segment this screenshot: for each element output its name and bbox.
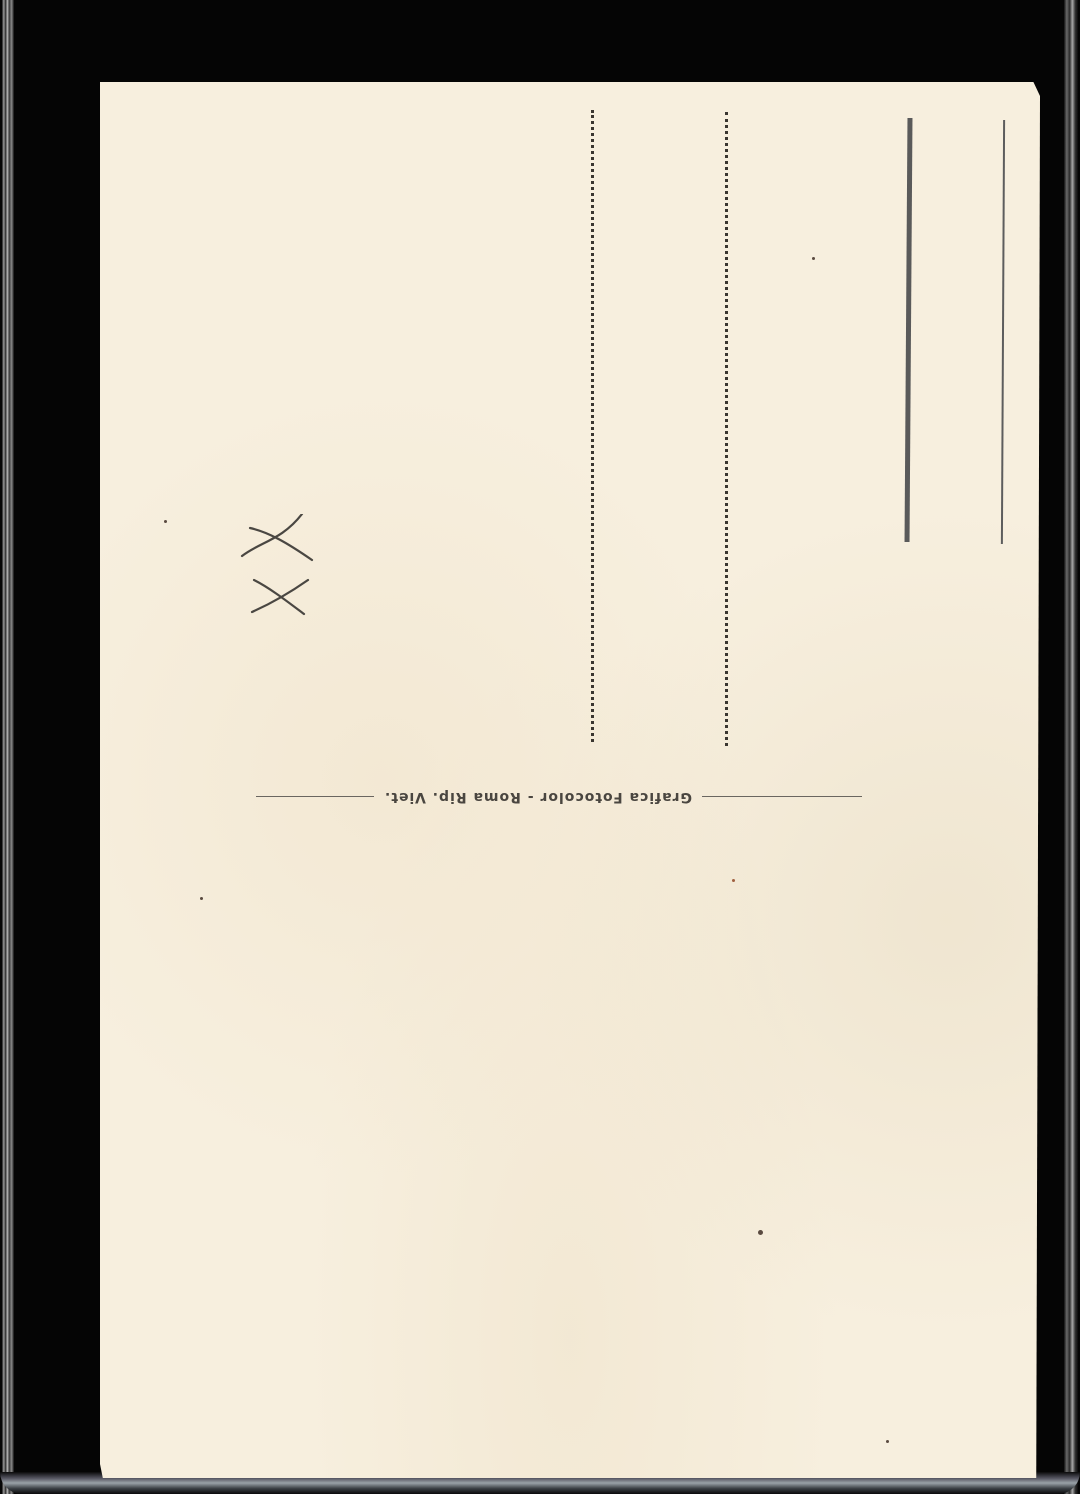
holder-edge-right (1064, 0, 1078, 1494)
imprint-rule-left (702, 797, 862, 798)
speck (812, 257, 815, 260)
printer-imprint: Grafica Fotocolor - Roma Rip. Viet. (148, 782, 862, 812)
imprint-rule-right (256, 797, 374, 798)
address-dotted-line-2 (725, 112, 728, 746)
address-dotted-line-1 (591, 110, 594, 742)
speck (164, 520, 167, 523)
handwritten-xx-marks (240, 514, 320, 624)
stamp-box-line-thick (905, 118, 913, 542)
speck (200, 897, 203, 900)
postcard-back: Grafica Fotocolor - Roma Rip. Viet. (100, 82, 1040, 1478)
speck (886, 1440, 889, 1443)
speck (758, 1230, 763, 1235)
imprint-text: Grafica Fotocolor - Roma Rip. Viet. (384, 789, 692, 805)
speck (732, 879, 735, 882)
holder-edge-left (2, 0, 14, 1494)
stamp-box-line-thin (1001, 120, 1005, 544)
